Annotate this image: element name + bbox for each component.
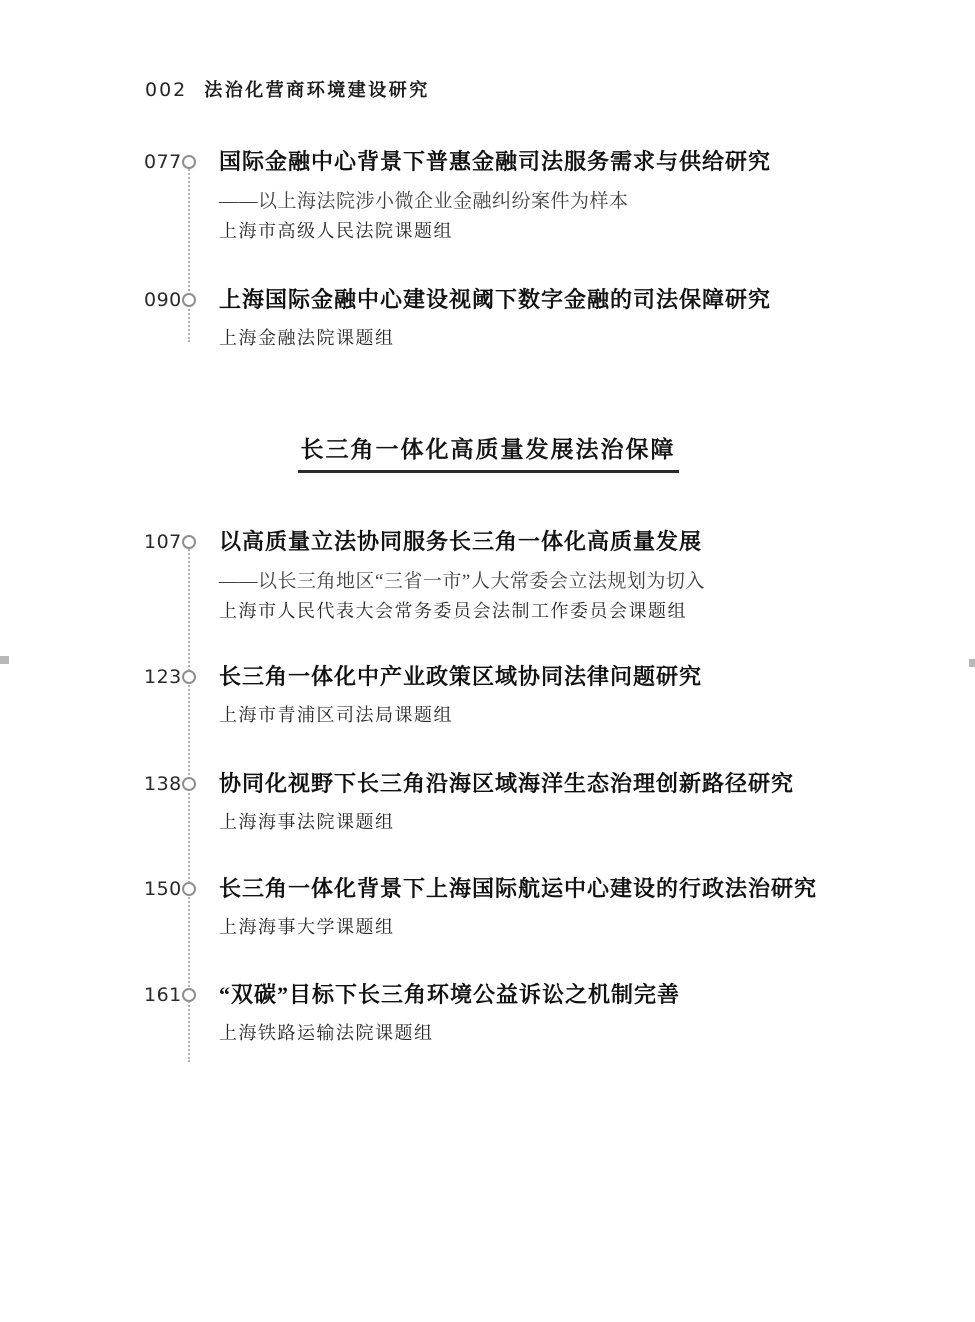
entry-title: 长三角一体化中产业政策区域协同法律问题研究 (219, 662, 864, 692)
section-heading-row: 长三角一体化高质量发展法治保障 (145, 437, 831, 473)
entry-title: “双碳”目标下长三角环境公益诉讼之机制完善 (219, 980, 864, 1010)
entry-bullet-ring-icon (182, 882, 196, 896)
entry-author: 上海市人民代表大会常务委员会法制工作委员会课题组 (219, 600, 864, 623)
book-toc-page: 002 法治化营商环境建设研究 077 国际金融中心背景下普惠金融司法服务需求与… (0, 0, 975, 1322)
entry-author: 上海海事法院课题组 (219, 811, 864, 834)
entry-title: 上海国际金融中心建设视阈下数字金融的司法保障研究 (219, 285, 864, 315)
entry-page-number: 123 (144, 662, 182, 692)
entry-bullet-ring-icon (182, 293, 196, 307)
entry-page-number: 077 (144, 147, 182, 177)
running-header: 002 法治化营商环境建设研究 (145, 76, 430, 102)
entry-bullet-ring-icon (182, 670, 196, 684)
dotted-connector-line (188, 162, 190, 342)
entry-bullet-ring-icon (182, 535, 196, 549)
entry-author: 上海金融法院课题组 (219, 327, 864, 350)
entry-author: 上海市高级人民法院课题组 (219, 220, 864, 243)
entry-author: 上海市青浦区司法局课题组 (219, 704, 864, 727)
entry-author: 上海海事大学课题组 (219, 916, 864, 939)
edge-tick-left (0, 656, 9, 664)
entry-subtitle: ——以上海法院涉小微企业金融纠纷案件为样本 (219, 189, 864, 214)
entry-bullet-ring-icon (182, 988, 196, 1002)
running-title: 法治化营商环境建设研究 (204, 76, 430, 102)
entry-title: 国际金融中心背景下普惠金融司法服务需求与供给研究 (219, 147, 864, 177)
entry-title: 协同化视野下长三角沿海区域海洋生态治理创新路径研究 (219, 769, 864, 799)
entry-bullet-ring-icon (182, 777, 196, 791)
entry-title: 以高质量立法协同服务长三角一体化高质量发展 (219, 527, 864, 557)
section-heading: 长三角一体化高质量发展法治保障 (298, 437, 679, 473)
entry-page-number: 161 (144, 980, 182, 1010)
dotted-connector-line (188, 542, 190, 1062)
entry-page-number: 150 (144, 874, 182, 904)
entry-page-number: 090 (144, 285, 182, 315)
edge-tick-right (969, 659, 975, 667)
entry-bullet-ring-icon (182, 155, 196, 169)
entry-author: 上海铁路运输法院课题组 (219, 1022, 864, 1045)
entry-page-number: 138 (144, 769, 182, 799)
entry-subtitle: ——以长三角地区“三省一市”人大常委会立法规划为切入 (219, 569, 864, 594)
entry-title: 长三角一体化背景下上海国际航运中心建设的行政法治研究 (219, 874, 864, 904)
entry-page-number: 107 (144, 527, 182, 557)
page-number: 002 (145, 79, 187, 101)
